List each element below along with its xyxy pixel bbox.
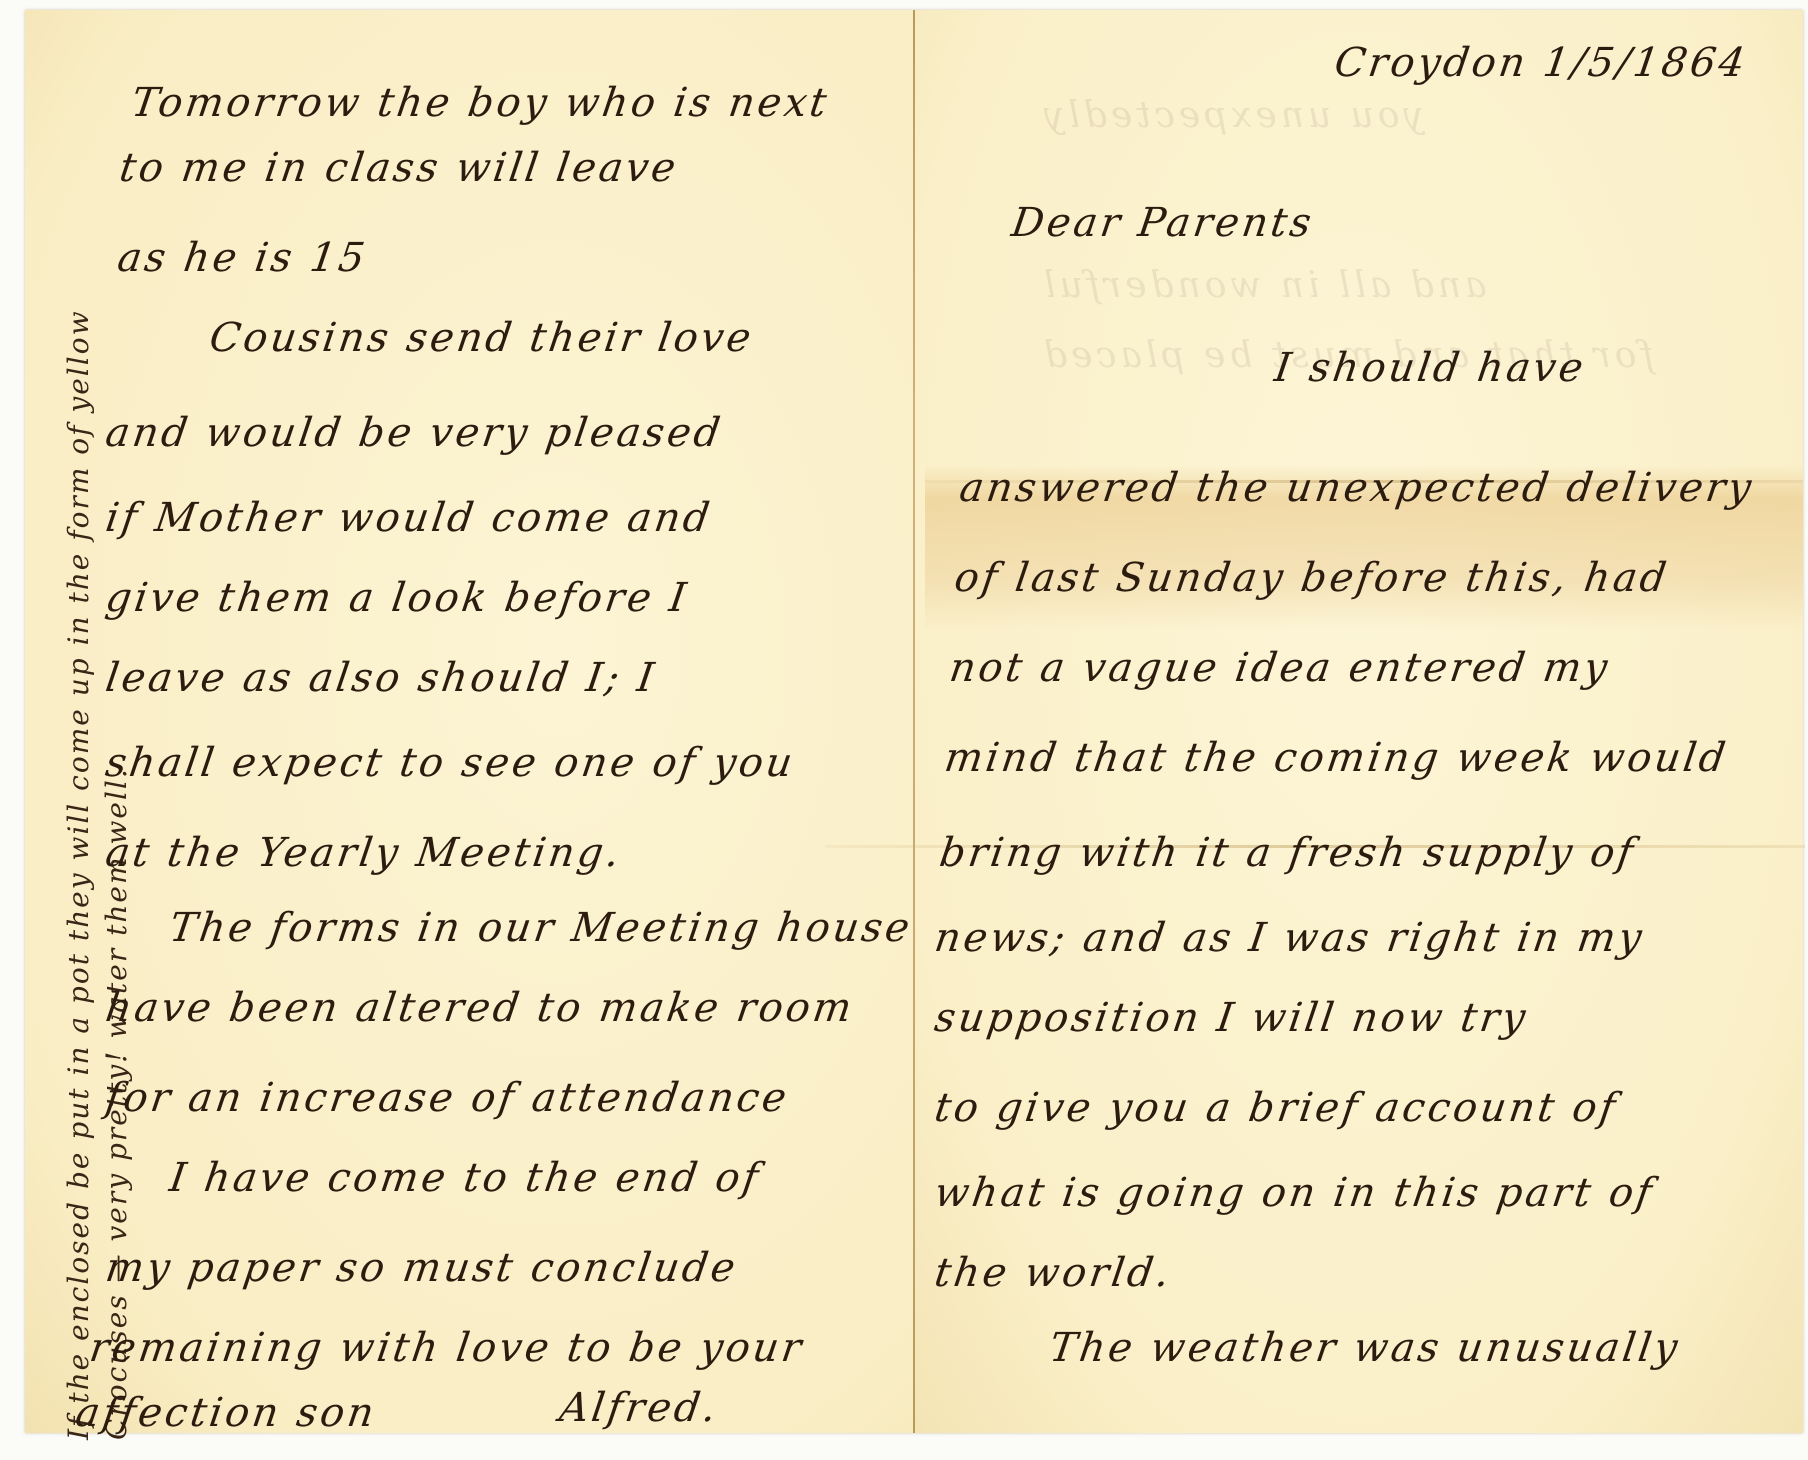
left-line-4: Cousins send their love [207,315,757,361]
place-date-heading: Croydon 1/5/1864 [1332,40,1751,86]
left-line-2: to me in class will leave [117,145,682,191]
left-line-15: my paper so must conclude [103,1245,741,1291]
letter-sheet [25,10,1803,1433]
right-line-4: not a vague idea entered my [947,645,1613,691]
left-line-12: have been altered to make room [103,985,857,1031]
left-line-10: at the Yearly Meeting. [103,830,625,876]
left-line-14: I have come to the end of [167,1155,764,1201]
left-line-6: if Mother would come and [103,495,715,541]
right-line-1: I should have [1272,345,1589,391]
bleed-through-text: and all in wonderful [1040,265,1486,306]
left-line-9: shall expect to see one of you [103,740,798,786]
bleed-through-text: you unexpectedly [1040,95,1424,136]
left-line-3: as he is 15 [115,235,371,281]
left-line-17: affection son [73,1390,380,1436]
right-line-10: what is going on in this part of [932,1170,1658,1216]
left-line-11: The forms in our Meeting house [167,905,915,951]
page-fold [913,10,915,1433]
left-line-5: and would be very pleased [103,410,726,456]
right-line-12: The weather was unusually [1047,1325,1683,1371]
left-line-7: give them a look before I [103,575,692,621]
signature: Alfred. [557,1385,722,1431]
right-line-2: answered the unexpected delivery [957,465,1757,511]
left-line-16: remaining with love to be your [87,1325,807,1371]
right-line-7: news; and as I was right in my [932,915,1648,961]
right-line-11: the world. [932,1250,1175,1296]
right-line-3: of last Sunday before this, had [952,555,1672,601]
right-line-6: bring with it a fresh supply of [937,830,1639,876]
right-line-8: supposition I will now try [932,995,1531,1041]
right-line-9: to give you a brief account of [932,1085,1621,1131]
right-line-5: mind that the coming week would [942,735,1731,781]
left-page [25,10,913,1433]
left-line-1: Tomorrow the boy who is next [129,80,833,126]
left-line-13: for an increase of attendance [103,1075,792,1121]
salutation: Dear Parents [1009,200,1317,246]
margin-note-line-1: If the enclosed be put in a pot they wil… [62,40,95,1440]
left-line-8: leave as also should I; I [103,655,660,701]
